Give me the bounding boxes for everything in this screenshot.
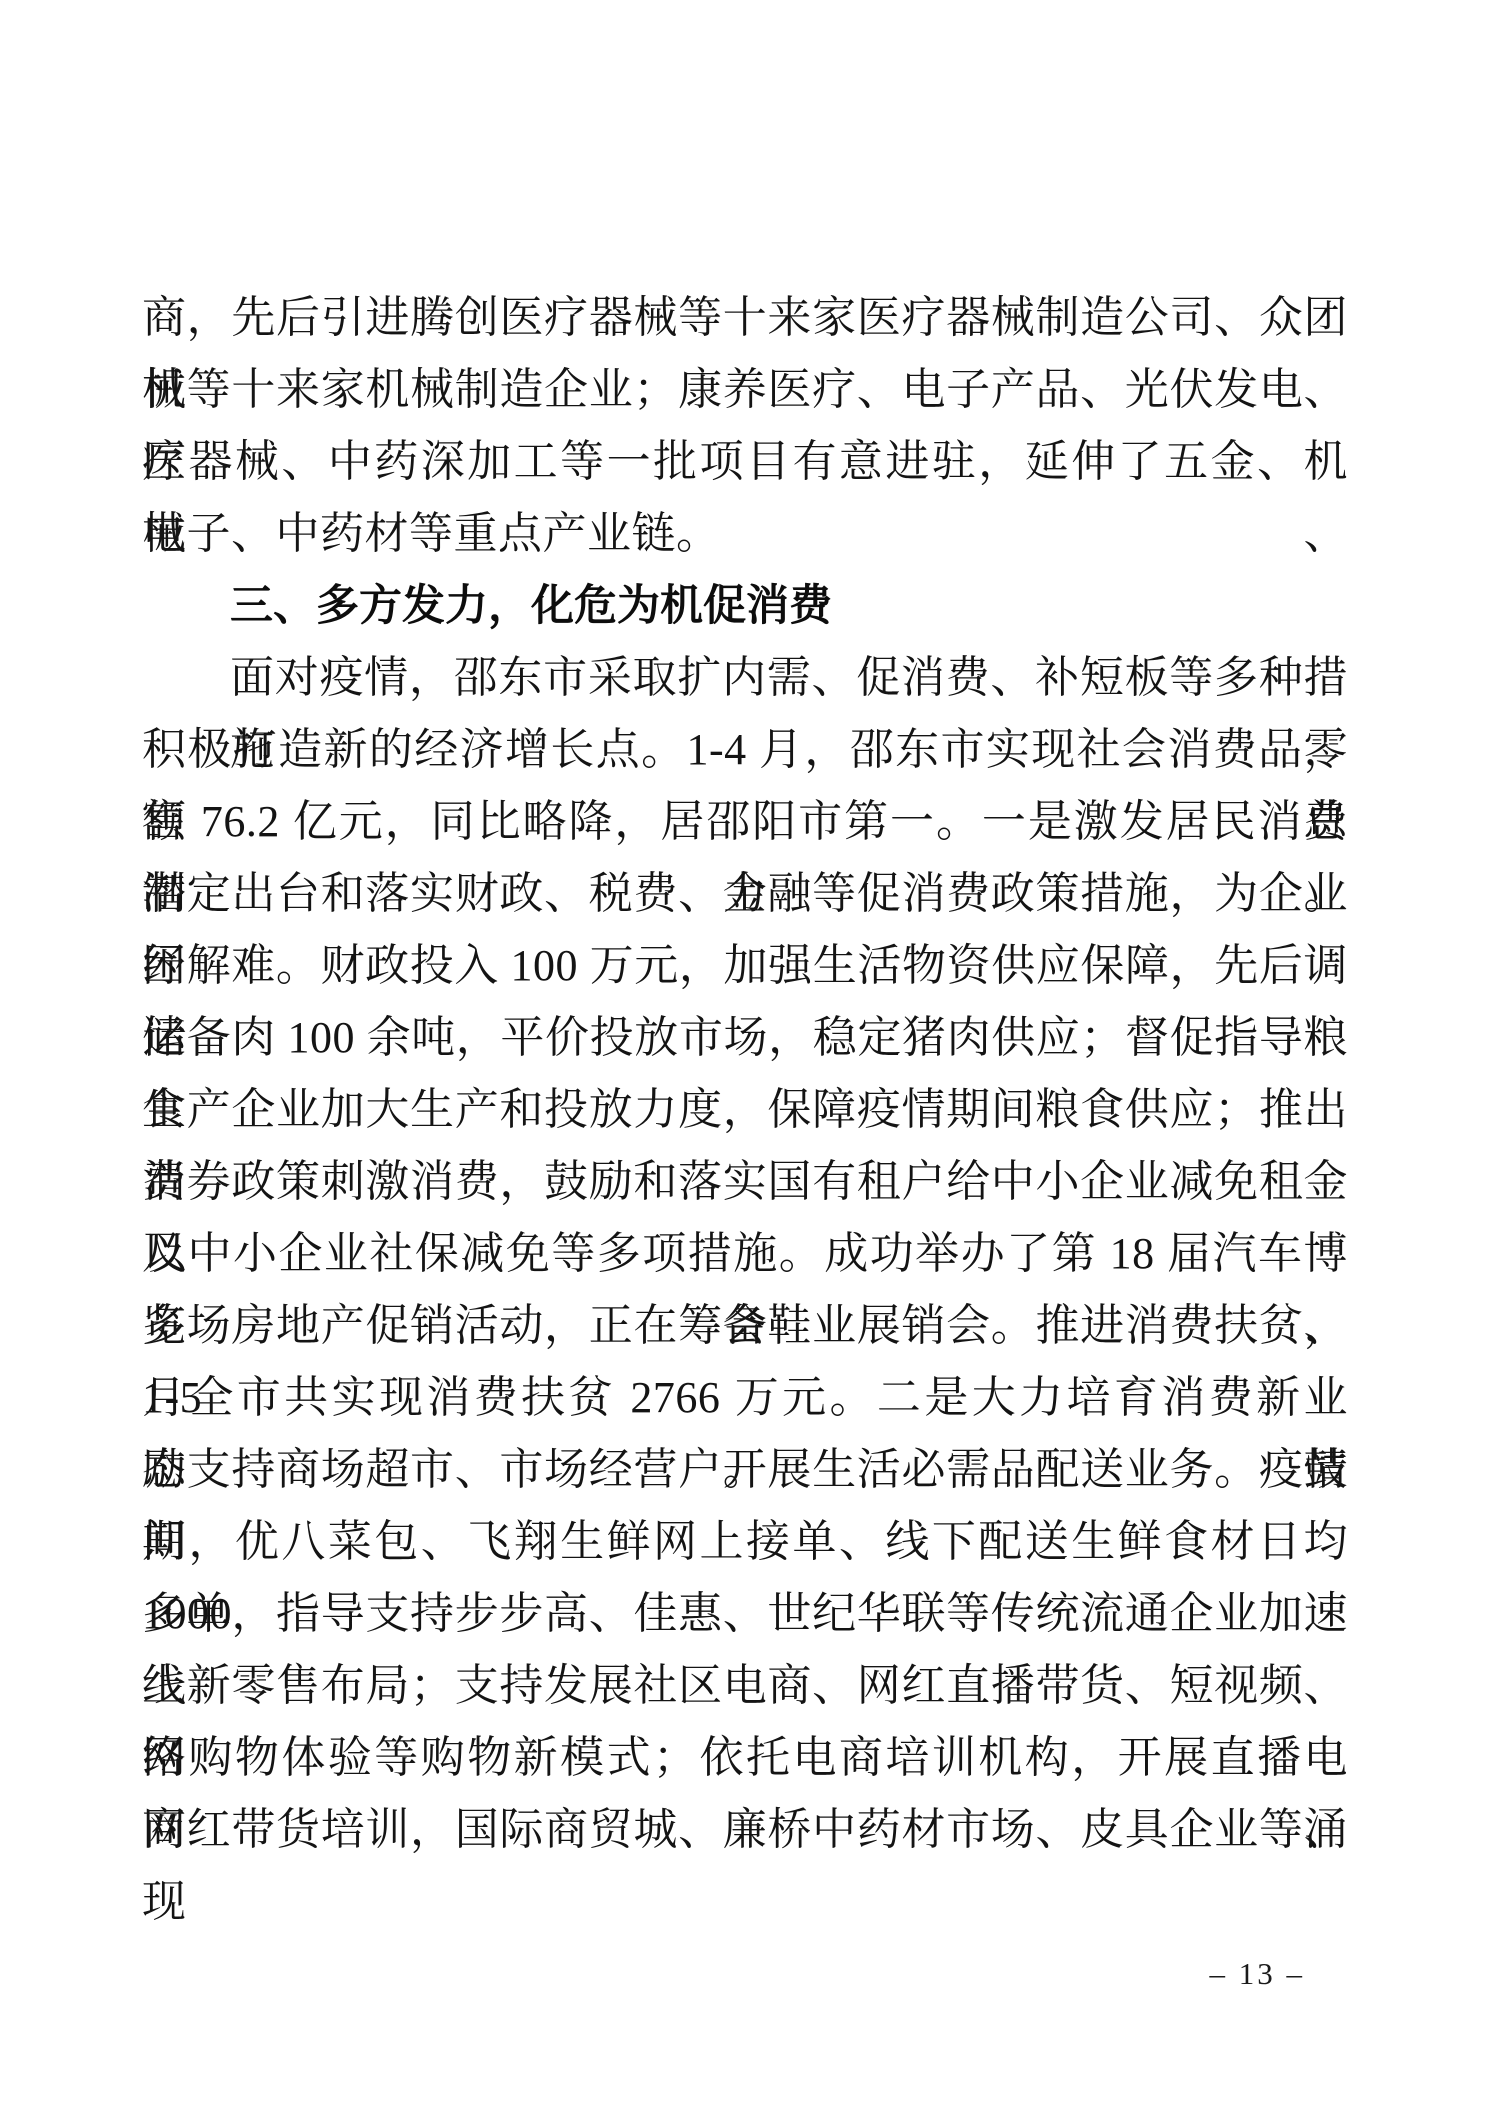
body-line: 疗器械、中药深加工等一批项目有意进驻，延伸了五金、机械、 bbox=[142, 426, 1348, 498]
body-line: 储备肉 100 余吨，平价投放市场，稳定猪肉供应；督促指导粮食 bbox=[142, 1002, 1348, 1074]
body-line: 费券政策刺激消费，鼓励和落实国有租户给中小企业减免租金以 bbox=[142, 1146, 1348, 1218]
section-heading: 三、多方发力，化危为机促消费 bbox=[142, 570, 1348, 642]
body-line: 面对疫情，邵东市采取扩内需、促消费、补短板等多种措施， bbox=[142, 642, 1348, 714]
body-line: 网红带货培训，国际商贸城、廉桥中药材市场、皮具企业等涌现 bbox=[142, 1794, 1348, 1866]
body-line: 困解难。财政投入 100 万元，加强生活物资供应保障，先后调运 bbox=[142, 930, 1348, 1002]
body-line: 械等十来家机械制造企业；康养医疗、电子产品、光伏发电、医 bbox=[142, 354, 1348, 426]
document-page: 商，先后引进腾创医疗器械等十来家医疗器械制造公司、众团机 械等十来家机械制造企业… bbox=[0, 0, 1488, 2105]
body-line: 多单，指导支持步步高、佳惠、世纪华联等传统流通企业加速线 bbox=[142, 1578, 1348, 1650]
body-line: 额 76.2 亿元，同比略降，居邵阳市第一。一是激发居民消费潜力。 bbox=[142, 786, 1348, 858]
body-line: 络购物体验等购物新模式；依托电商培训机构，开展直播电商、 bbox=[142, 1722, 1348, 1794]
body-line: 多场房地产促销活动，正在筹备鞋业展销会。推进消费扶贫，1-5 bbox=[142, 1290, 1348, 1362]
body-line: 间，优八菜包、飞翔生鲜网上接单、线下配送生鲜食材日均 1000 bbox=[142, 1506, 1348, 1578]
text-block: 商，先后引进腾创医疗器械等十来家医疗器械制造公司、众团机 械等十来家机械制造企业… bbox=[142, 282, 1348, 1866]
body-line: 励支持商场超市、市场经营户开展生活必需品配送业务。疫情期 bbox=[142, 1434, 1348, 1506]
body-line: 生产企业加大生产和投放力度，保障疫情期间粮食供应；推出消 bbox=[142, 1074, 1348, 1146]
body-line: 上新零售布局；支持发展社区电商、网红直播带货、短视频、网 bbox=[142, 1650, 1348, 1722]
body-line: 积极打造新的经济增长点。1-4 月，邵东市实现社会消费品零售总 bbox=[142, 714, 1348, 786]
body-line: 制定出台和落实财政、税费、金融等促消费政策措施，为企业纾 bbox=[142, 858, 1348, 930]
body-line: 及中小企业社保减免等多项措施。成功举办了第 18 届汽车博览会、 bbox=[142, 1218, 1348, 1290]
page-number: – 13 – bbox=[1210, 1956, 1306, 1992]
body-line: 商，先后引进腾创医疗器械等十来家医疗器械制造公司、众团机 bbox=[142, 282, 1348, 354]
body-line: 月全市共实现消费扶贫 2766 万元。二是大力培育消费新业态。鼓 bbox=[142, 1362, 1348, 1434]
